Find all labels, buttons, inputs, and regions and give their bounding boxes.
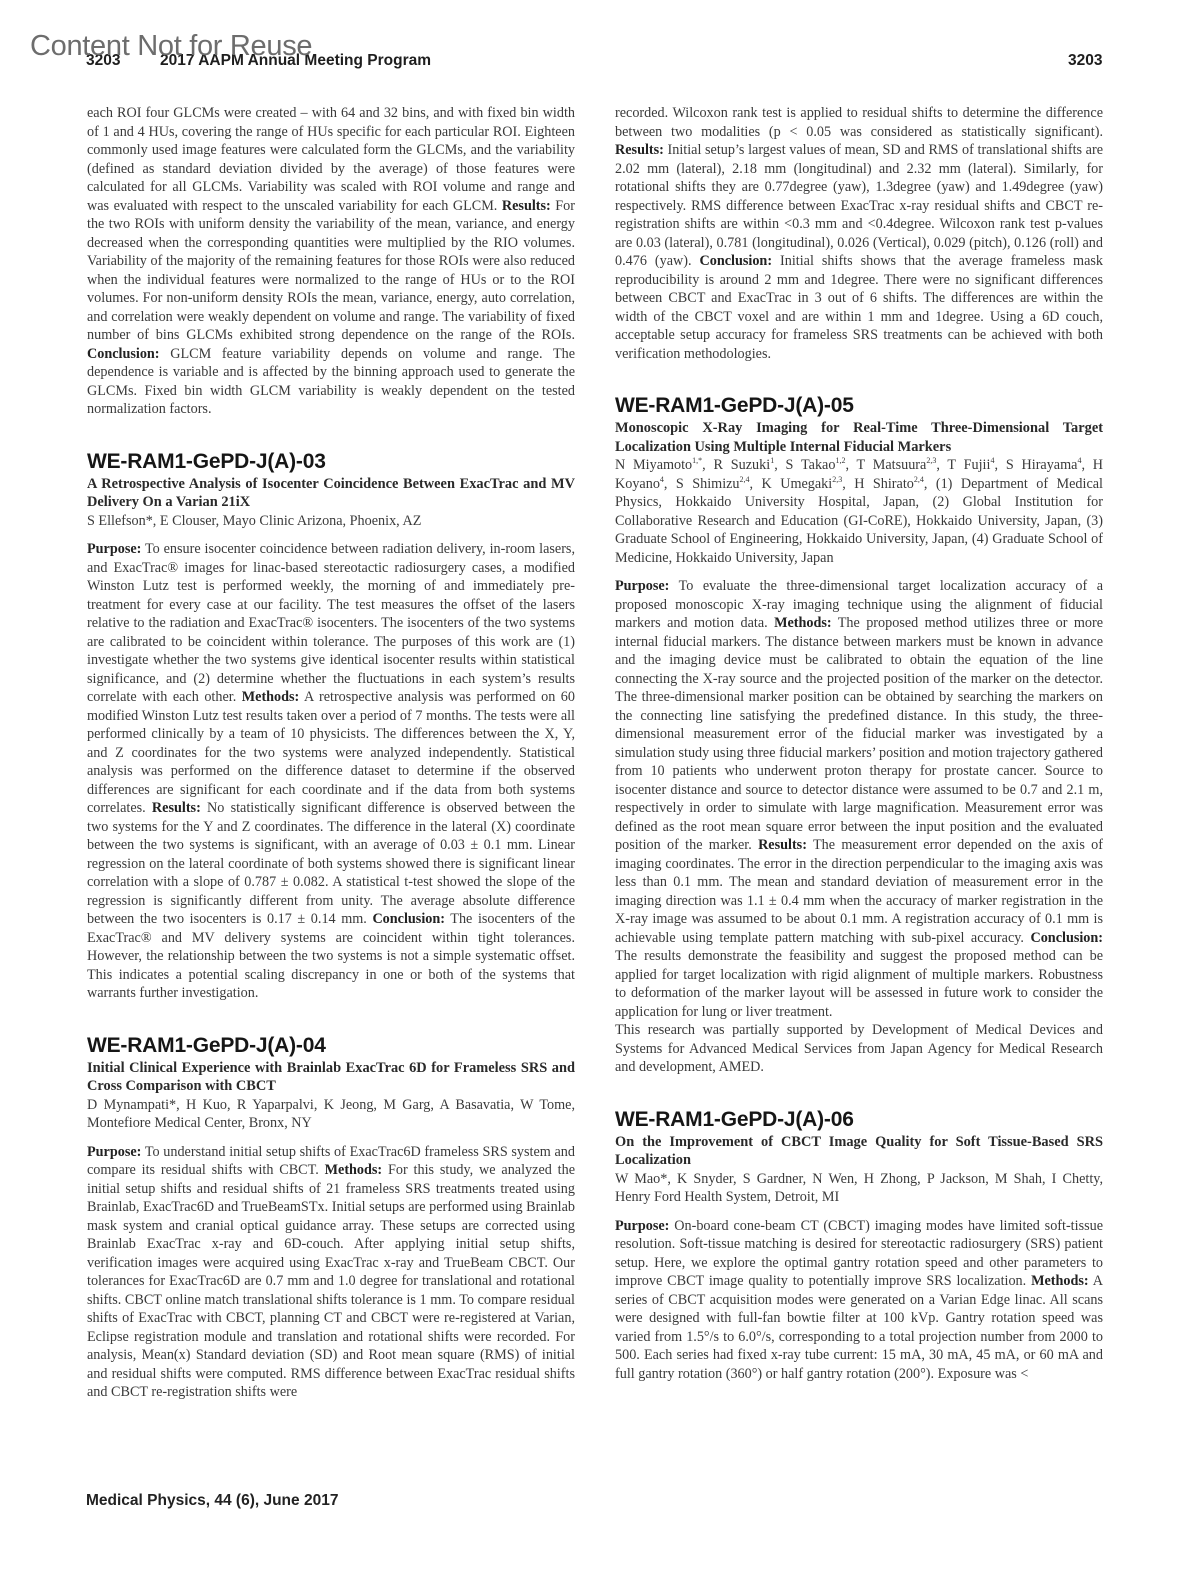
funding-note: This research was partially supported by… (615, 1021, 1103, 1077)
abstract-05: WE-RAM1-GePD-J(A)-05 Monoscopic X-Ray Im… (615, 393, 1103, 1077)
continuation-text-left: each ROI four GLCMs were created – with … (87, 104, 575, 419)
body-text: To ensure isocenter coincidence between … (87, 541, 575, 705)
abstract-title: A Retrospective Analysis of Isocenter Co… (87, 475, 575, 512)
abstract-06: WE-RAM1-GePD-J(A)-06 On the Improvement … (615, 1107, 1103, 1384)
purpose-label: Purpose: (87, 541, 141, 557)
abstract-title: On the Improvement of CBCT Image Quality… (615, 1133, 1103, 1170)
results-label: Results: (615, 142, 664, 158)
abstract-title: Monoscopic X-Ray Imaging for Real-Time T… (615, 419, 1103, 456)
results-label: Results: (502, 198, 551, 214)
purpose-label: Purpose: (87, 1144, 141, 1160)
author-affiliation-mark: 4 (1077, 456, 1081, 465)
footer-citation: Medical Physics, 44 (6), June 2017 (86, 1492, 338, 1510)
methods-label: Methods: (1031, 1273, 1089, 1289)
abstract-id: WE-RAM1-GePD-J(A)-06 (615, 1107, 1103, 1133)
body-text: recorded. Wilcoxon rank test is applied … (615, 105, 1103, 140)
watermark: Content Not for Reuse (30, 30, 312, 63)
abstract-body: Purpose: To ensure isocenter coincidence… (87, 540, 575, 1003)
continuation-text-right: recorded. Wilcoxon rank test is applied … (615, 104, 1103, 363)
abstract-03: WE-RAM1-GePD-J(A)-03 A Retrospective Ana… (87, 449, 575, 1003)
left-column: each ROI four GLCMs were created – with … (87, 104, 575, 1402)
author-name: R Suzuki (714, 457, 771, 473)
abstract-04: WE-RAM1-GePD-J(A)-04 Initial Clinical Ex… (87, 1033, 575, 1402)
purpose-label: Purpose: (615, 578, 669, 594)
body-text: GLCM feature variability depends on volu… (87, 346, 575, 418)
methods-label: Methods: (242, 689, 300, 705)
purpose-label: Purpose: (615, 1218, 669, 1234)
methods-label: Methods: (774, 615, 832, 631)
author-name: H Shirato (854, 476, 914, 492)
abstract-title: Initial Clinical Experience with Brainla… (87, 1059, 575, 1096)
body-text: The results demonstrate the feasibility … (615, 948, 1103, 1020)
results-label: Results: (758, 837, 807, 853)
body-text: Initial shifts shows that the average fr… (615, 253, 1103, 362)
page-number-right: 3203 (1068, 52, 1102, 70)
author-affiliation-mark: 2,3 (926, 456, 936, 465)
results-label: Results: (152, 800, 201, 816)
conclusion-label: Conclusion: (372, 911, 445, 927)
body-text: A retrospective analysis was performed o… (87, 689, 575, 816)
author-affiliation-mark: 1,* (692, 456, 702, 465)
abstract-authors: W Mao*, K Snyder, S Gardner, N Wen, H Zh… (615, 1170, 1103, 1207)
author-name: T Matsuura (857, 457, 927, 473)
abstract-body: Purpose: On-board cone-beam CT (CBCT) im… (615, 1217, 1103, 1384)
abstract-authors: S Ellefson*, E Clouser, Mayo Clinic Ariz… (87, 512, 575, 531)
conclusion-label: Conclusion: (87, 346, 160, 362)
body-text: The proposed method utilizes three or mo… (615, 615, 1103, 853)
conclusion-label: Conclusion: (1030, 930, 1103, 946)
author-name: N Miyamoto (615, 457, 692, 473)
author-affiliation-mark: 1 (770, 456, 774, 465)
body-text: A series of CBCT acquisition modes were … (615, 1273, 1103, 1382)
body-text: No statistically significant difference … (87, 800, 575, 927)
methods-label: Methods: (325, 1162, 383, 1178)
author-affiliation-mark: 2,4 (740, 475, 750, 484)
author-affiliation-mark: 4 (990, 456, 994, 465)
author-affiliation-mark: 2,3 (832, 475, 842, 484)
author-name: S Hirayama (1006, 457, 1078, 473)
abstract-authors: D Mynampati*, H Kuo, R Yaparpalvi, K Jeo… (87, 1096, 575, 1133)
abstract-body: Purpose: To understand initial setup shi… (87, 1143, 575, 1402)
body-text: On-board cone-beam CT (CBCT) imaging mod… (615, 1218, 1103, 1290)
author-name: T Fujii (947, 457, 990, 473)
author-name: K Umegaki (762, 476, 833, 492)
author-affiliation-mark: 4 (660, 475, 664, 484)
author-affiliation-mark: 2,4 (914, 475, 924, 484)
abstract-id: WE-RAM1-GePD-J(A)-05 (615, 393, 1103, 419)
right-column: recorded. Wilcoxon rank test is applied … (615, 104, 1103, 1383)
abstract-id: WE-RAM1-GePD-J(A)-03 (87, 449, 575, 475)
conclusion-label: Conclusion: (700, 253, 773, 269)
abstract-id: WE-RAM1-GePD-J(A)-04 (87, 1033, 575, 1059)
author-name: S Shimizu (676, 476, 740, 492)
author-affiliation-mark: 1,2 (835, 456, 845, 465)
abstract-body: Purpose: To evaluate the three-dimension… (615, 577, 1103, 1021)
body-text: For this study, we analyzed the initial … (87, 1162, 575, 1400)
body-text: Initial setup’s largest values of mean, … (615, 142, 1103, 269)
body-text: For the two ROIs with uniform density th… (87, 198, 575, 344)
abstract-authors: N Miyamoto1,*, R Suzuki1, S Takao1,2, T … (615, 456, 1103, 567)
author-name: S Takao (786, 457, 836, 473)
